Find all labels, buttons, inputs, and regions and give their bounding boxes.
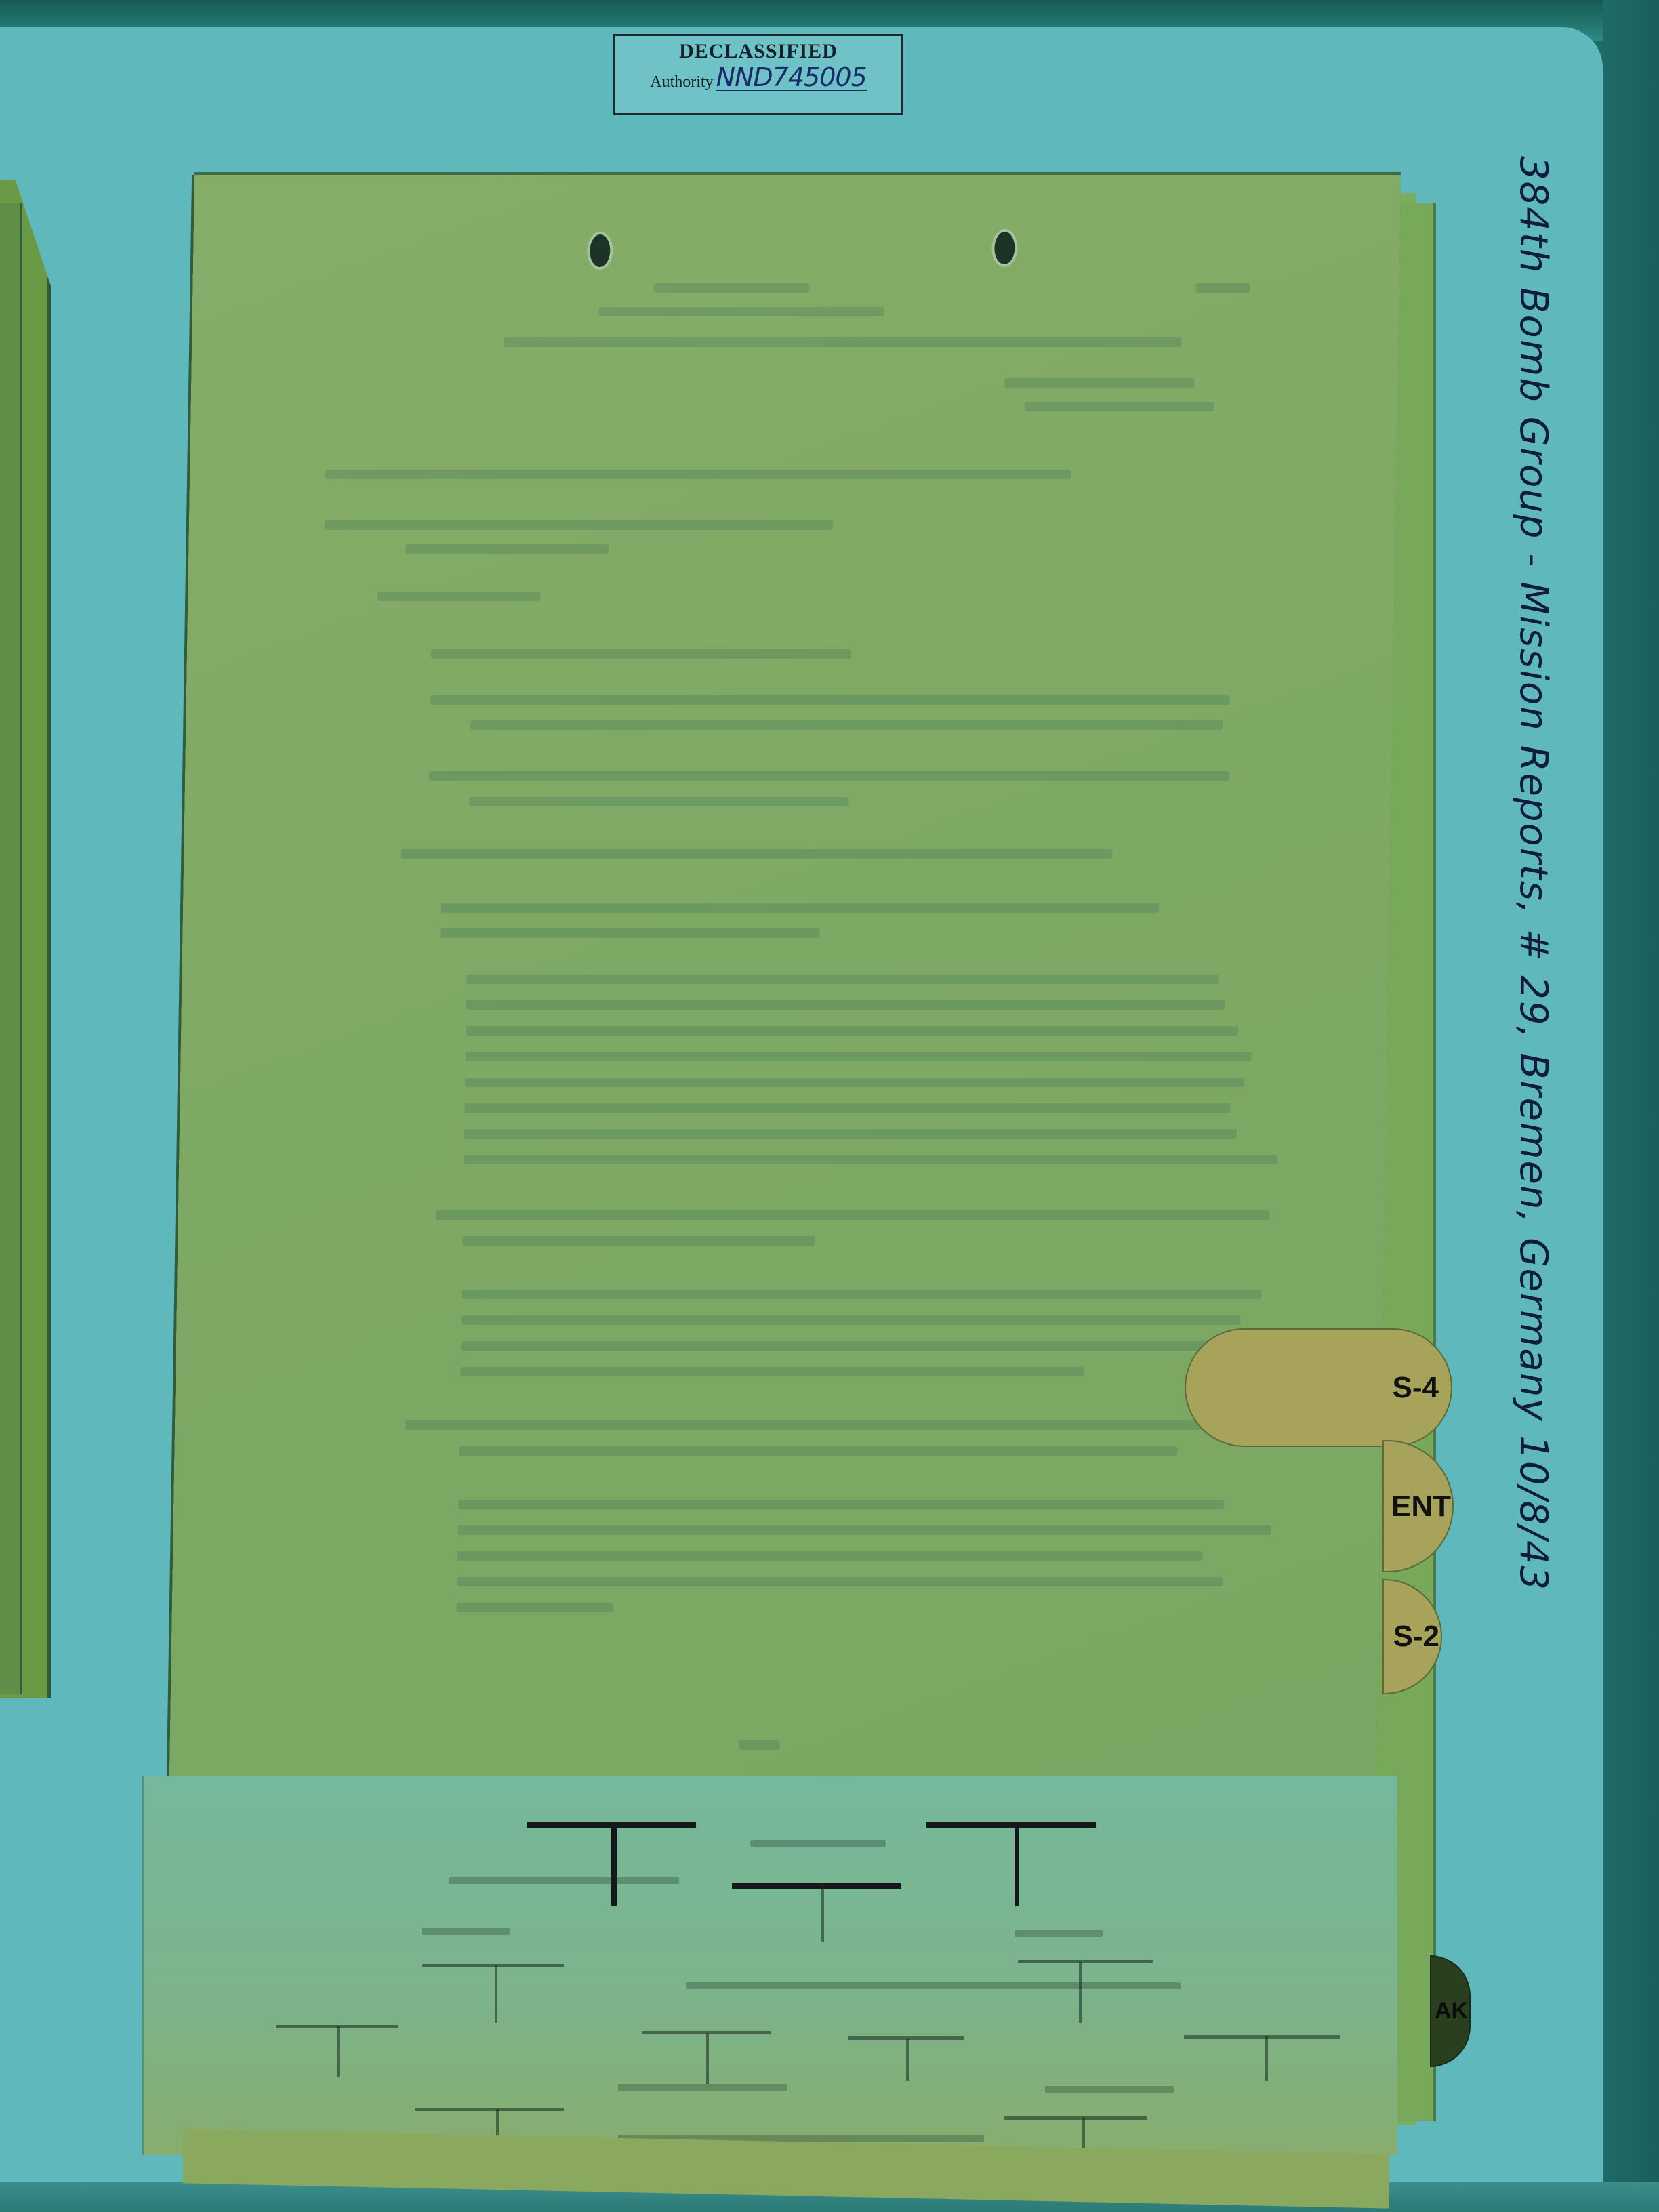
faded-typed-line [464,1129,1237,1139]
form-line [1018,1960,1153,1963]
faded-typed-line [466,1000,1225,1010]
faded-typed-line [430,695,1230,705]
faded-typed-line [470,720,1223,730]
faded-typed-line [429,771,1229,781]
folder-shadow [1603,0,1659,2212]
faded-typed-line [405,544,609,554]
form-line-stem [906,2039,909,2081]
tab-label: ENT [1391,1490,1451,1523]
faded-typed-line [441,903,1159,913]
faded-typed-line [458,1500,1224,1509]
faded-typed-line [653,283,809,293]
handwritten-folder-label: 384th Bomb Group - Mission Reports, # 29… [1494,156,1555,1532]
form-line [1004,2116,1147,2120]
faded-typed-line [469,797,848,806]
faded-typed-line [461,1315,1240,1325]
form-line-stem [337,2026,340,2077]
faded-typed-line [377,592,540,601]
declassified-stamp: DECLASSIFIED Authority NND745005 [613,34,903,115]
faded-typed-line [1004,378,1194,388]
stamp-authority-value: NND745005 [716,64,867,91]
form-line-stem [495,1965,497,2023]
faded-typed-line [457,1577,1223,1586]
typed-report-page [169,175,1401,1822]
faded-typed-line [457,1551,1203,1561]
form-line [415,2108,564,2111]
faded-typed-line [325,520,833,530]
faded-form-text [1045,2086,1174,2093]
faded-typed-line [401,849,1112,859]
signature-line [926,1822,1096,1828]
faded-typed-line [405,1420,1259,1430]
signature-line-stem [611,1824,617,1906]
faded-form-text [1015,1930,1103,1937]
faded-form-text [686,1982,1181,1989]
form-line-stem [1079,1962,1082,2023]
faded-typed-line [504,337,1181,347]
faded-form-text [449,1877,679,1884]
tab-label: AK [1435,1998,1468,2024]
faded-typed-line [1025,402,1214,411]
form-line [422,1964,564,1967]
faded-typed-line [431,649,851,659]
adjacent-document-stack-inner [0,203,22,1694]
faded-typed-line [460,1367,1084,1376]
signature-line-stem [1015,1824,1019,1906]
faded-typed-line [325,470,1071,479]
tab-label: S-2 [1393,1620,1439,1654]
stamp-authority-label: Authority [650,73,713,91]
tab-label: S-4 [1393,1371,1439,1405]
faded-page-number [739,1740,780,1750]
faded-typed-line [462,1236,815,1246]
faded-typed-line [436,1210,1269,1220]
faded-typed-line [466,975,1218,984]
faded-typed-line [459,1446,1177,1456]
faded-typed-line [466,1052,1252,1061]
divider-tab-s4[interactable]: S-4 [1185,1328,1452,1447]
faded-typed-line [464,1155,1277,1164]
signature-line [732,1883,901,1889]
faded-form-text [618,2084,787,2091]
faded-typed-line [1195,283,1250,293]
punch-hole-icon [590,234,611,267]
stamp-title: DECLASSIFIED [615,40,901,63]
faded-typed-line [465,1078,1244,1087]
form-line-stem [1265,2036,1268,2081]
faded-typed-line [464,1103,1230,1113]
stamp-authority-row: Authority NND745005 [615,64,901,91]
faded-typed-line [461,1341,1247,1351]
routing-form-sheet [142,1776,1397,2155]
faded-typed-line [458,1525,1271,1535]
faded-typed-line [457,1603,613,1612]
form-line-stem [706,2033,709,2084]
faded-form-text [422,1928,510,1935]
faded-form-text [750,1840,886,1847]
form-line [1184,2035,1340,2039]
faded-typed-line [466,1026,1238,1036]
faded-typed-line [440,928,819,938]
signature-line-stem [821,1884,824,1942]
punch-hole-icon [994,232,1015,264]
faded-typed-line [462,1290,1261,1299]
faded-typed-line [599,307,884,316]
